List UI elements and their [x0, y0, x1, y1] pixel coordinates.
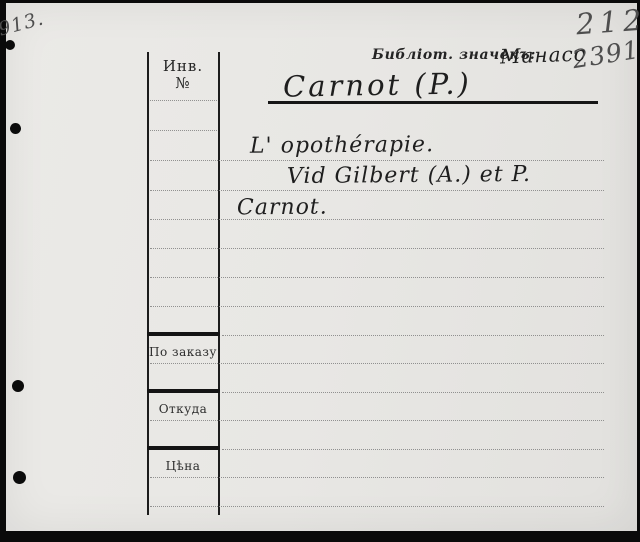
section-bar	[147, 389, 220, 393]
ruled-line	[150, 306, 604, 307]
ruled-line	[150, 130, 217, 131]
ruled-line	[150, 506, 604, 507]
hole-punch	[13, 471, 26, 484]
row-label-otkuda: Откуда	[148, 402, 218, 416]
ruled-line	[150, 160, 604, 161]
heading-underline	[268, 101, 598, 104]
ruled-line	[222, 449, 604, 450]
ruled-line	[222, 335, 604, 336]
row-label-po-zakazu: По заказу	[148, 345, 218, 359]
body-line: Vid Gilbert (A.) et P.	[287, 162, 531, 189]
row-label-cena: Цѣна	[148, 459, 218, 473]
ruled-line	[150, 190, 604, 191]
inventory-label-line1: Инв.	[148, 58, 218, 75]
hole-punch	[12, 380, 24, 392]
section-bar	[147, 332, 220, 336]
ruled-line	[150, 248, 604, 249]
body-line: Carnot.	[237, 195, 328, 221]
section-bar	[147, 446, 220, 450]
inventory-label-line2: №	[148, 75, 218, 92]
catalog-card-scan: 913. 212 23913. Инв. № По заказу Откуда …	[0, 0, 640, 542]
ruled-line	[150, 100, 217, 101]
ruled-line	[150, 277, 604, 278]
hole-punch	[5, 40, 15, 50]
inventory-label: Инв. №	[148, 58, 218, 92]
body-line: L' opothérapie.	[250, 132, 434, 159]
ruled-line	[150, 219, 604, 220]
ruled-line	[150, 420, 604, 421]
ruled-line	[222, 392, 604, 393]
ruled-line	[150, 363, 604, 364]
card-heading: Carnot (P.)	[283, 66, 472, 103]
ruled-line	[150, 477, 604, 478]
hole-punch	[10, 123, 21, 134]
library-mark-value: Манасс	[500, 42, 587, 69]
